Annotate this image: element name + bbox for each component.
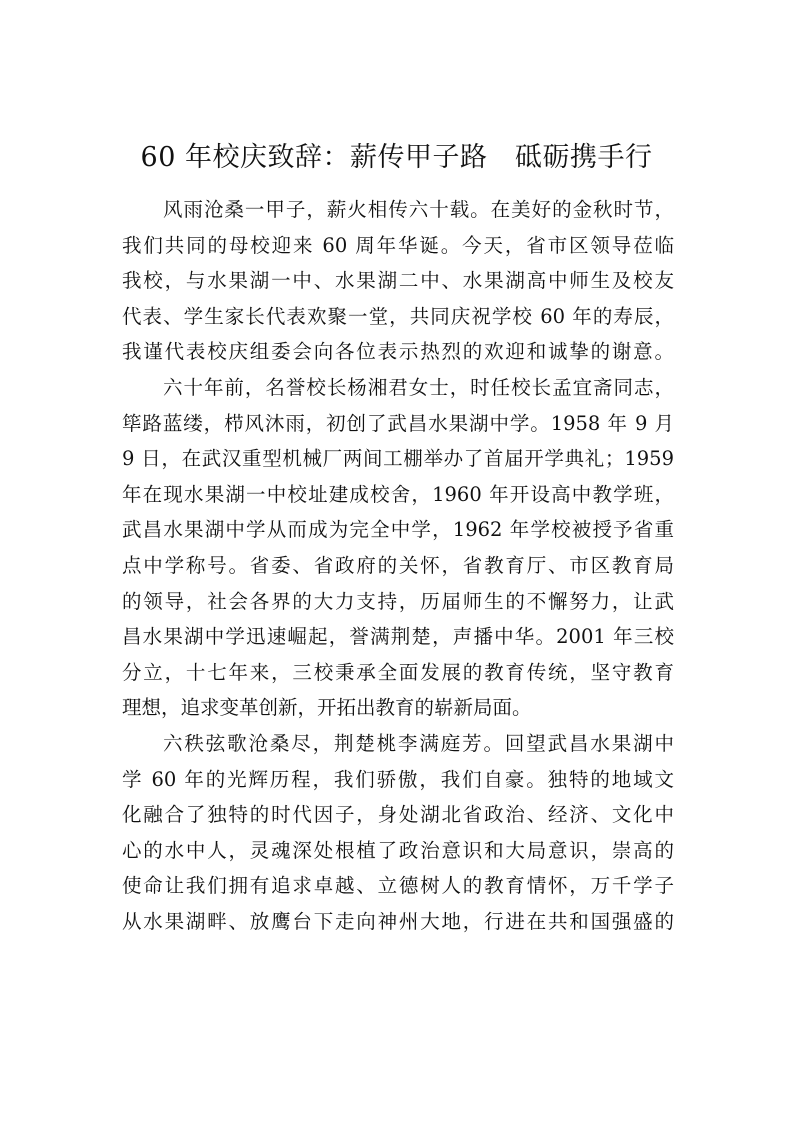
paragraph-2-line-8: 昌水果湖中学迅速崛起，誉满荆楚，声播中华。2001 年三校 (122, 619, 674, 655)
paragraph-2-line-5: 武昌水果湖中学从而成为完全中学，1962 年学校被授予省重 (122, 512, 674, 548)
paragraph-1-line-3: 我校，与水果湖一中、水果湖二中、水果湖高中师生及校友 (122, 263, 674, 299)
paragraph-3-line-1: 六秩弦歌沧桑尽，荆楚桃李满庭芳。回望武昌水果湖中 (122, 726, 674, 762)
paragraph-1-line-1: 风雨沧桑一甲子，薪火相传六十载。在美好的金秋时节， (122, 192, 674, 228)
paragraph-1-line-2: 我们共同的母校迎来 60 周年华诞。今天，省市区领导莅临 (122, 228, 674, 264)
paragraph-3-line-2: 学 60 年的光辉历程，我们骄傲，我们自豪。独特的地域文 (122, 762, 674, 798)
paragraph-2-line-10: 理想，追求变革创新，开拓出教育的崭新局面。 (122, 690, 674, 726)
paragraph-2-line-2: 筚路蓝缕，栉风沐雨，初创了武昌水果湖中学。1958 年 9 月 (122, 406, 674, 442)
paragraph-2-line-7: 的领导，社会各界的大力支持，历届师生的不懈努力，让武 (122, 584, 674, 620)
paragraph-1-line-4: 代表、学生家长代表欢聚一堂，共同庆祝学校 60 年的寿辰， (122, 299, 674, 335)
paragraph-2-line-6: 点中学称号。省委、省政府的关怀，省教育厅、市区教育局 (122, 548, 674, 584)
paragraph-2-line-9: 分立，十七年来，三校秉承全面发展的教育传统，坚守教育 (122, 655, 674, 691)
document-title: 60 年校庆致辞：薪传甲子路 砥砺携手行 (0, 138, 793, 178)
paragraph-3-line-3: 化融合了独特的时代因子，身处湖北省政治、经济、文化中 (122, 797, 674, 833)
document-body: 风雨沧桑一甲子，薪火相传六十载。在美好的金秋时节， 我们共同的母校迎来 60 周… (122, 192, 674, 939)
paragraph-3-line-6: 从水果湖畔、放鹰台下走向神州大地，行进在共和国强盛的 (122, 904, 674, 940)
paragraph-1-line-5: 我谨代表校庆组委会向各位表示热烈的欢迎和诚挚的谢意。 (122, 334, 674, 370)
paragraph-2-line-1: 六十年前，名誉校长杨湘君女士，时任校长孟宜斋同志， (122, 370, 674, 406)
paragraph-3-line-5: 使命让我们拥有追求卓越、立德树人的教育情怀，万千学子 (122, 868, 674, 904)
paragraph-3-line-4: 心的水中人，灵魂深处根植了政治意识和大局意识，崇高的 (122, 833, 674, 869)
paragraph-2-line-4: 年在现水果湖一中校址建成校舍，1960 年开设高中教学班， (122, 477, 674, 513)
paragraph-2-line-3: 9 日，在武汉重型机械厂两间工棚举办了首届开学典礼；1959 (122, 441, 674, 477)
